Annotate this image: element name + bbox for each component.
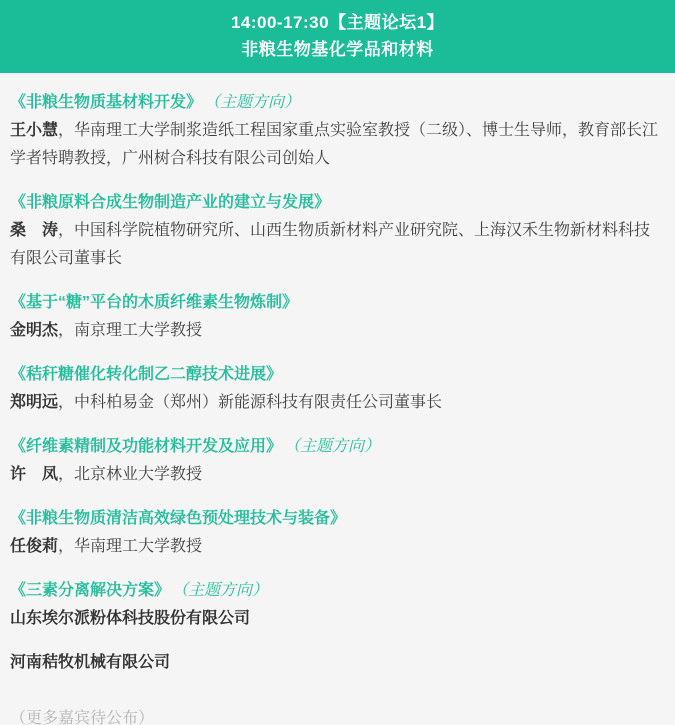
session-speaker-line: 王小慧，华南理工大学制浆造纸工程国家重点实验室教授（二级）、博士生导师，教育部长… [10,117,665,173]
agenda-content: 《非粮生物质基材料开发》（主题方向） 王小慧，华南理工大学制浆造纸工程国家重点实… [0,73,675,725]
speaker-affiliation: ，中科柏易金（郑州）新能源科技有限责任公司董事长 [58,394,442,411]
session-speaker-line: 任俊莉，华南理工大学教授 [10,533,665,561]
session-title: 《非粮原料合成生物制造产业的建立与发展》 [10,194,330,211]
session-item: 《纤维素精制及功能材料开发及应用》（主题方向） 许 凤，北京林业大学教授 [10,433,665,489]
more-guests-note: （更多嘉宾待公布） [10,705,665,725]
session-title: 《非粮生物质清洁高效绿色预处理技术与装备》 [10,510,346,527]
session-title: 《三素分离解决方案》 [10,582,170,599]
speaker-name: 山东埃尔派粉体科技股份有限公司 [10,610,250,627]
session-title-line: 《秸秆糖催化转化制乙二醇技术进展》 [10,361,665,389]
session-item: 《非粮生物质基材料开发》（主题方向） 王小慧，华南理工大学制浆造纸工程国家重点实… [10,89,665,173]
session-topic-tag: （主题方向） [180,582,268,599]
speaker-name: 金明杰 [10,322,58,339]
speaker-name: 王小慧 [10,122,58,139]
session-speaker-line: 金明杰，南京理工大学教授 [10,317,665,345]
company-name: 河南秸牧机械有限公司 [10,649,665,677]
speaker-affiliation: ，中国科学院植物研究所、山西生物质新材料产业研究院、上海汉禾生物新材料科技有限公… [10,222,650,267]
speaker-name: 任俊莉 [10,538,58,555]
session-item: 《非粮原料合成生物制造产业的建立与发展》 桑 涛，中国科学院植物研究所、山西生物… [10,189,665,273]
forum-subtitle: 非粮生物基化学品和材料 [0,36,675,63]
extra-companies-list: 河南秸牧机械有限公司 [10,649,665,677]
session-speaker-line: 桑 涛，中国科学院植物研究所、山西生物质新材料产业研究院、上海汉禾生物新材料科技… [10,217,665,273]
sessions-list: 《非粮生物质基材料开发》（主题方向） 王小慧，华南理工大学制浆造纸工程国家重点实… [10,89,665,633]
session-speaker-line: 郑明远，中科柏易金（郑州）新能源科技有限责任公司董事长 [10,389,665,417]
session-title: 《纤维素精制及功能材料开发及应用》 [10,438,282,455]
session-topic-tag: （主题方向） [212,94,300,111]
session-title: 《非粮生物质基材料开发》 [10,94,202,111]
forum-header: 14:00-17:30【主题论坛1】 非粮生物基化学品和材料 [0,0,675,73]
speaker-affiliation: ，北京林业大学教授 [58,466,202,483]
session-title-line: 《非粮原料合成生物制造产业的建立与发展》 [10,189,665,217]
session-item: 《秸秆糖催化转化制乙二醇技术进展》 郑明远，中科柏易金（郑州）新能源科技有限责任… [10,361,665,417]
speaker-name: 郑明远 [10,394,58,411]
agenda-page: 14:00-17:30【主题论坛1】 非粮生物基化学品和材料 《非粮生物质基材料… [0,0,675,725]
session-topic-tag: （主题方向） [292,438,380,455]
speaker-affiliation: ，南京理工大学教授 [58,322,202,339]
session-title-line: 《非粮生物质基材料开发》（主题方向） [10,89,665,117]
session-item: 《非粮生物质清洁高效绿色预处理技术与装备》 任俊莉，华南理工大学教授 [10,505,665,561]
speaker-affiliation: ，华南理工大学教授 [58,538,202,555]
speaker-affiliation: ，华南理工大学制浆造纸工程国家重点实验室教授（二级）、博士生导师，教育部长江学者… [10,122,658,167]
speaker-name: 许 凤 [10,466,58,483]
speaker-name: 桑 涛 [10,222,58,239]
session-item: 《三素分离解决方案》（主题方向） 山东埃尔派粉体科技股份有限公司 [10,577,665,633]
session-speaker-line: 山东埃尔派粉体科技股份有限公司 [10,605,665,633]
session-title: 《秸秆糖催化转化制乙二醇技术进展》 [10,366,282,383]
session-title-line: 《三素分离解决方案》（主题方向） [10,577,665,605]
forum-time-title: 14:00-17:30【主题论坛1】 [0,9,675,36]
session-title-line: 《基于“糖”平台的木质纤维素生物炼制》 [10,289,665,317]
session-title: 《基于“糖”平台的木质纤维素生物炼制》 [10,294,298,311]
session-title-line: 《纤维素精制及功能材料开发及应用》（主题方向） [10,433,665,461]
session-item: 《基于“糖”平台的木质纤维素生物炼制》 金明杰，南京理工大学教授 [10,289,665,345]
session-speaker-line: 许 凤，北京林业大学教授 [10,461,665,489]
session-title-line: 《非粮生物质清洁高效绿色预处理技术与装备》 [10,505,665,533]
